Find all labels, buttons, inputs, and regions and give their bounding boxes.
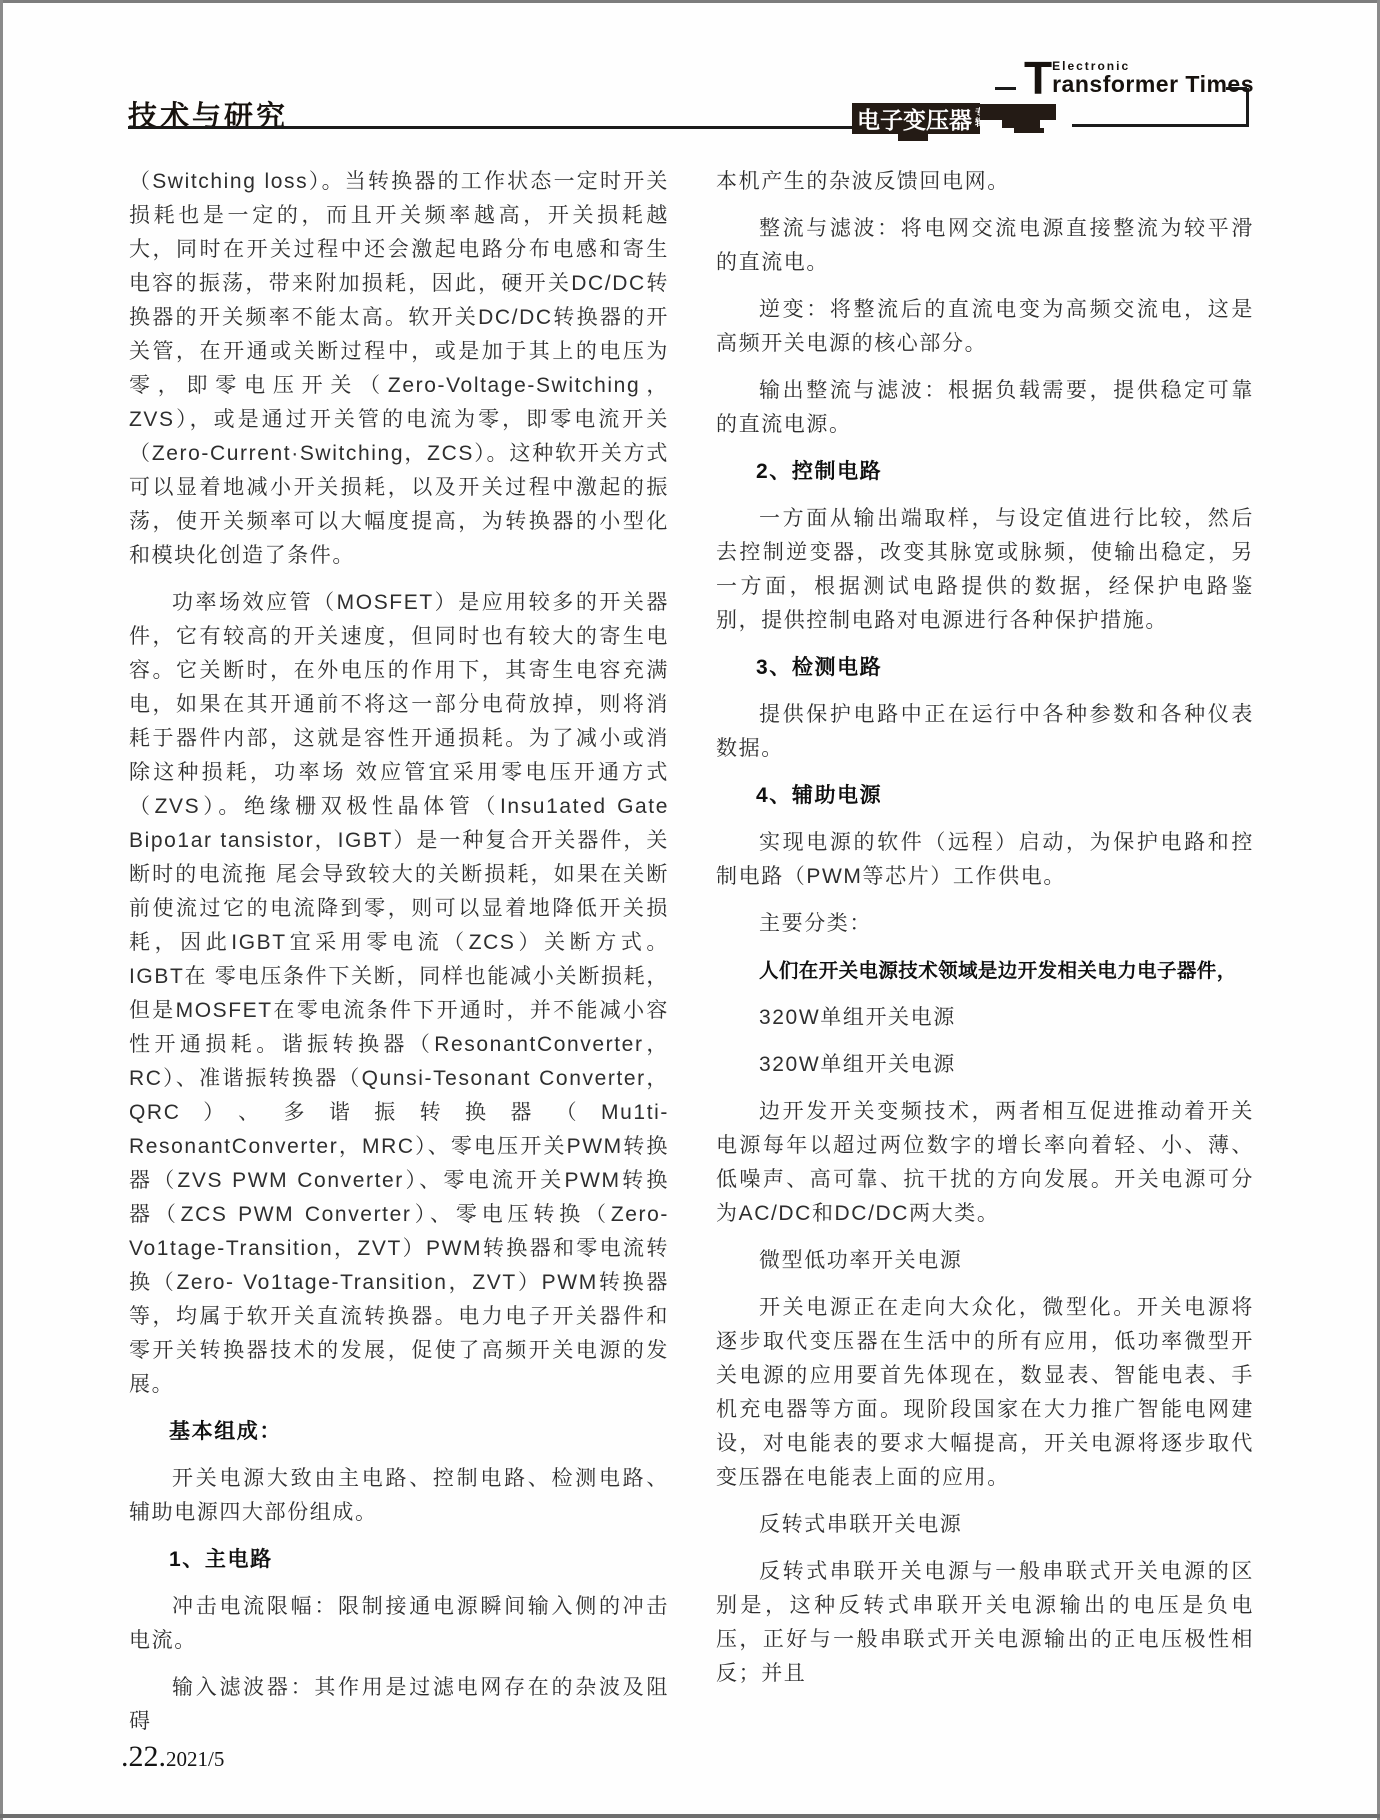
- magazine-page: 技术与研究 电子变压器 专 辑 T Electronic ransformer …: [0, 0, 1380, 1820]
- paragraph: 边开发开关变频技术，两者相互促进推动着开关电源每年以超过两位数字的增长率向着轻、…: [716, 1095, 1254, 1231]
- section-heading: 1、主电路: [129, 1543, 669, 1577]
- magazine-logo: T Electronic ransformer Times: [1024, 60, 1254, 95]
- brand-logo-text: 电子变压器: [857, 102, 972, 135]
- paragraph: 反转式串联开关电源: [716, 1508, 1254, 1542]
- paragraph: 输入滤波器：其作用是过滤电网存在的杂波及阻碍: [129, 1671, 669, 1739]
- paragraph: 实现电源的软件（远程）启动，为保护电路和控制电路（PWM等芯片）工作供电。: [716, 826, 1254, 894]
- logo-title-rest: ransformer Times: [1052, 74, 1254, 95]
- header-rule-right: [1072, 124, 1249, 127]
- paragraph: 人们在开关电源技术领域是边开发相关电力电子器件，: [716, 954, 1254, 988]
- page-number: .22.: [121, 1740, 166, 1773]
- paragraph: （Switching loss）。当转换器的工作状态一定时开关损耗也是一定的，而…: [129, 165, 669, 573]
- logo-step-block: [898, 134, 928, 141]
- page-border-bottom: [0, 1814, 1380, 1818]
- page-footer: .22.2021/5: [121, 1740, 224, 1774]
- paragraph: 开关电源正在走向大众化，微型化。开关电源将逐步取代变压器在生活中的所有应用，低功…: [716, 1291, 1254, 1495]
- section-heading: 3、检测电路: [716, 651, 1254, 685]
- section-heading: 基本组成：: [129, 1415, 669, 1449]
- brand-sub-char: 辑: [975, 119, 985, 129]
- logo-dash-left: [995, 87, 1016, 90]
- paragraph: 输出整流与滤波：根据负载需要，提供稳定可靠的直流电源。: [716, 374, 1254, 442]
- logo-step-block: [980, 104, 1056, 120]
- section-heading: 4、辅助电源: [716, 779, 1254, 813]
- paragraph: 冲击电流限幅：限制接通电源瞬间输入侧的冲击电流。: [129, 1590, 669, 1658]
- brand-logo-box: 电子变压器 专 辑: [852, 103, 980, 134]
- header-rule-left: [128, 126, 852, 129]
- section-heading: 2、控制电路: [716, 455, 1254, 489]
- logo-step-block: [1014, 128, 1044, 133]
- column-right: 本机产生的杂波反馈回电网。整流与滤波：将电网交流电源直接整流为较平滑的直流电。逆…: [716, 165, 1254, 1704]
- paragraph: 320W单组开关电源: [716, 1048, 1254, 1082]
- column-left: （Switching loss）。当转换器的工作状态一定时开关损耗也是一定的，而…: [129, 165, 669, 1752]
- paragraph: 微型低功率开关电源: [716, 1244, 1254, 1278]
- issue-label: 2021/5: [166, 1747, 224, 1771]
- paragraph: 功率场效应管（MOSFET）是应用较多的开关器件，它有较高的开关速度，但同时也有…: [129, 586, 669, 1402]
- paragraph: 一方面从输出端取样，与设定值进行比较，然后去控制逆变器，改变其脉宽或脉频，使输出…: [716, 502, 1254, 638]
- paragraph: 逆变：将整流后的直流电变为高频交流电，这是高频开关电源的核心部分。: [716, 293, 1254, 361]
- page-border-left: [0, 0, 3, 1820]
- page-border-top: [0, 0, 1380, 3]
- paragraph: 反转式串联开关电源与一般串联式开关电源的区别是，这种反转式串联开关电源输出的电压…: [716, 1555, 1254, 1691]
- paragraph: 320W单组开关电源: [716, 1001, 1254, 1035]
- paragraph: 开关电源大致由主电路、控制电路、检测电路、辅助电源四大部份组成。: [129, 1462, 669, 1530]
- paragraph: 主要分类：: [716, 907, 1254, 941]
- logo-initial: T: [1024, 62, 1052, 95]
- paragraph: 本机产生的杂波反馈回电网。: [716, 165, 1254, 199]
- paragraph: 提供保护电路中正在运行中各种参数和各种仪表数据。: [716, 698, 1254, 766]
- paragraph: 整流与滤波：将电网交流电源直接整流为较平滑的直流电。: [716, 212, 1254, 280]
- logo-step-block: [1002, 120, 1040, 128]
